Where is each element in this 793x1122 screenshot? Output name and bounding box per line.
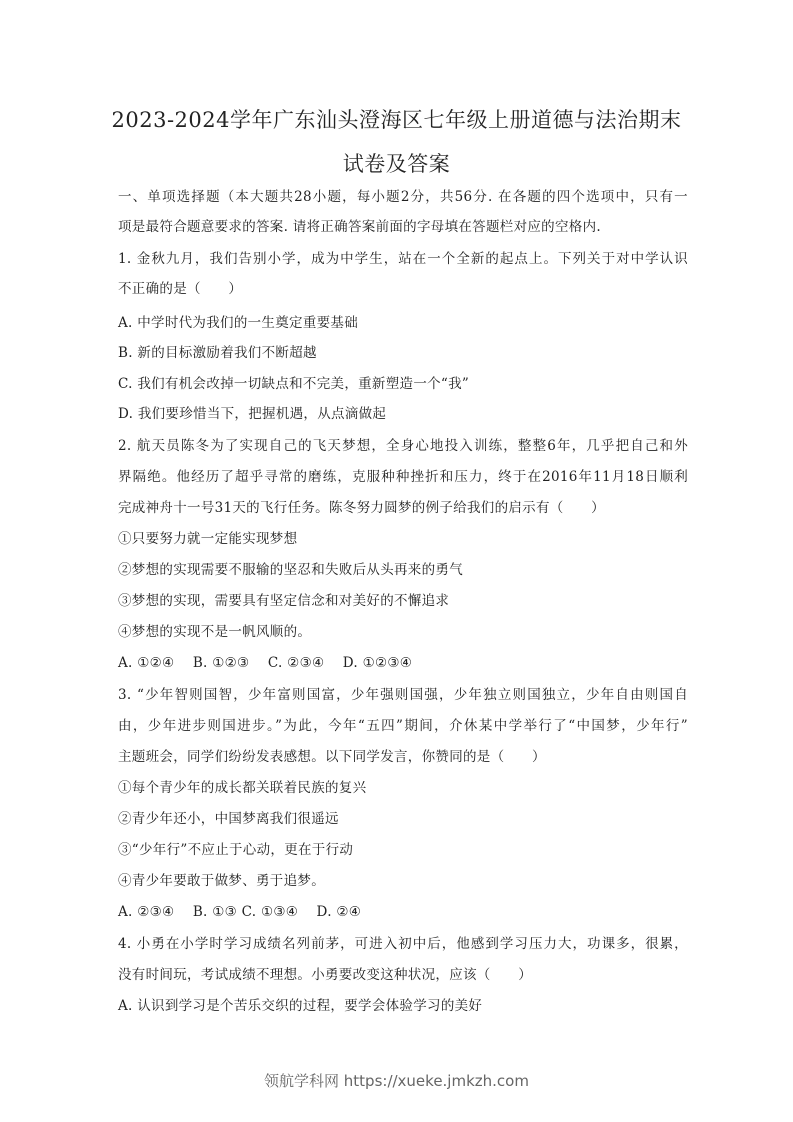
question-3-item-1: ①每个青少年的成长都关联着民族的复兴 <box>118 779 688 797</box>
question-2-stem-line-1: 2. 航天员陈冬为了实现自己的飞天梦想，全身心地投入训练，整整6年，几乎把自己和… <box>118 437 688 455</box>
section-heading-line-2: 项是最符合题意要求的答案. 请将正确答案前面的字母填在答题栏对应的空格内. <box>118 218 688 236</box>
footer-watermark: 领航学科网 https://xueke.jmkzh.com <box>0 1070 793 1091</box>
question-2-item-4: ④梦想的实现不是一帆风顺的。 <box>118 623 688 641</box>
question-2-item-1: ①只要努力就一定能实现梦想 <box>118 530 688 548</box>
question-2-stem-line-3: 完成神舟十一号31天的飞行任务。陈冬努力圆梦的例子给我们的启示有（ ） <box>118 499 688 517</box>
question-1-option-d: D. 我们要珍惜当下，把握机遇，从点滴做起 <box>118 405 688 423</box>
question-3-item-4: ④青少年要敢于做梦、勇于追梦。 <box>118 872 688 890</box>
question-3-stem-line-3: 主题班会，同学们纷纷发表感想。以下同学发言，你赞同的是（ ） <box>118 748 688 766</box>
question-1-stem-line-2: 不正确的是（ ） <box>118 280 688 298</box>
question-4-stem-line-2: 没有时间玩，考试成绩不理想。小勇要改变这种状况，应该（ ） <box>118 966 688 984</box>
question-4-option-a: A. 认识到学习是个苦乐交织的过程，要学会体验学习的美好 <box>118 997 688 1015</box>
question-3-options: A. ②③④ B. ①③ C. ①③④ D. ②④ <box>118 903 688 921</box>
document-title-line-1: 2023-2024学年广东汕头澄海区七年级上册道德与法治期末 <box>0 104 793 134</box>
question-2-item-3: ③梦想的实现，需要具有坚定信念和对美好的不懈追求 <box>118 592 688 610</box>
question-1-stem-line-1: 1. 金秋九月，我们告别小学，成为中学生，站在一个全新的起点上。下列关于对中学认… <box>118 250 688 268</box>
question-3-stem-line-1: 3. “少年智则国智，少年富则国富，少年强则国强，少年独立则国独立，少年自由则国… <box>118 686 688 704</box>
question-1-option-b: B. 新的目标激励着我们不断超越 <box>118 344 688 362</box>
question-3-item-3: ③“少年行”不应止于心动，更在于行动 <box>118 841 688 859</box>
question-2-stem-line-2: 界隔绝。他经历了超乎寻常的磨练，克服种种挫折和压力，终于在2016年11月18日… <box>118 468 688 486</box>
question-1-option-c: C. 我们有机会改掉一切缺点和不完美，重新塑造一个“我” <box>118 375 688 393</box>
section-heading-line-1: 一、单项选择题（本大题共28小题，每小题2分，共56分. 在各题的四个选项中，只… <box>118 188 688 206</box>
document-page: 2023-2024学年广东汕头澄海区七年级上册道德与法治期末 试卷及答案 一、单… <box>0 0 793 1122</box>
document-title-line-2: 试卷及答案 <box>0 148 793 178</box>
question-3-item-2: ②青少年还小，中国梦离我们很遥远 <box>118 810 688 828</box>
question-1-option-a: A. 中学时代为我们的一生奠定重要基础 <box>118 314 688 332</box>
question-3-stem-line-2: 由，少年进步则国进步。”为此，今年“五四”期间，介休某中学举行了“中国梦，少年行… <box>118 717 688 735</box>
question-2-item-2: ②梦想的实现需要不服输的坚忍和失败后从头再来的勇气 <box>118 561 688 579</box>
question-2-options: A. ①②④ B. ①②③ C. ②③④ D. ①②③④ <box>118 654 688 672</box>
question-4-stem-line-1: 4. 小勇在小学时学习成绩名列前茅，可进入初中后，他感到学习压力大，功课多，很累… <box>118 935 688 953</box>
